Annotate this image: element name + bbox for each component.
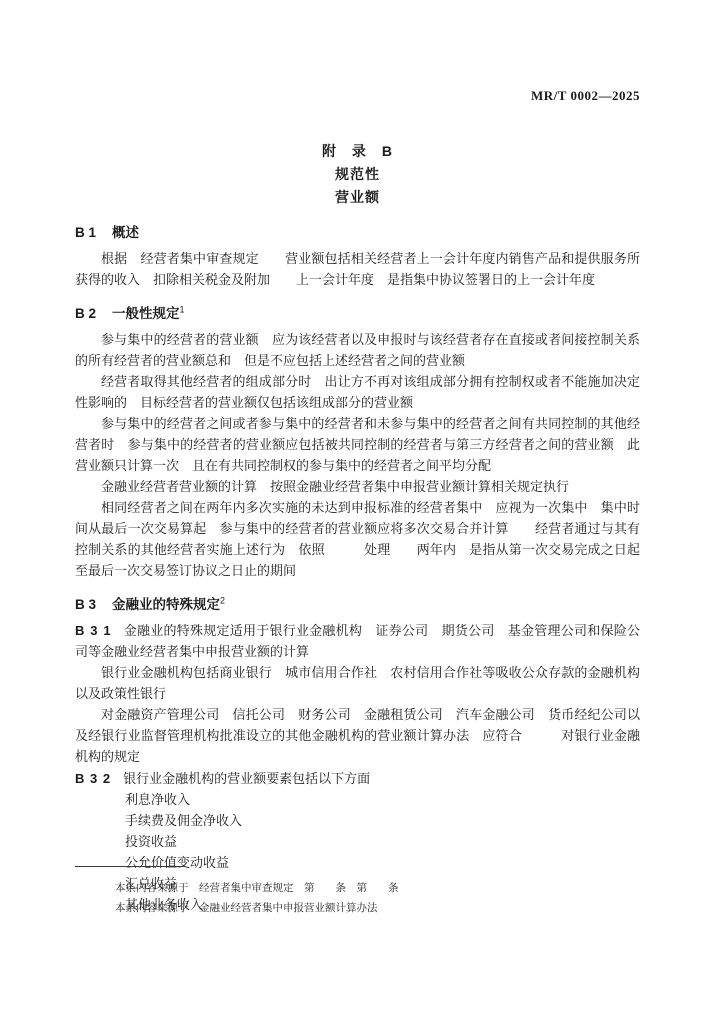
section-b3-number: B 3 (75, 597, 96, 612)
paragraph-b31-2: 银行业金融机构包括商业银行 城市信用合作社 农村信用合作社等吸收公众存款的金融机… (75, 662, 640, 704)
appendix-label: 附 录 B (75, 140, 640, 163)
paragraph-b2-1: 参与集中的经营者的营业额 应为该经营者以及申报时与该经营者存在直接或者间接控制关… (75, 329, 640, 371)
paragraph-b2-4: 金融业经营者营业额的计算 按照金融业经营者集中申报营业额计算相关规定执行 (75, 476, 640, 497)
appendix-type-label: 规范性 (75, 163, 640, 186)
clause-b32-number: B 3 2 (75, 771, 111, 786)
list-item: 利息净收入 (125, 789, 640, 810)
footnote-2: 本条内容来源于 金融业经营者集中申报营业额计算办法 (75, 899, 640, 919)
appendix-title-block: 附 录 B 规范性 营业额 (75, 140, 640, 209)
paragraph-b2-5: 相同经营者之间在两年内多次实施的未达到申报标准的经营者集中 应视为一次集中 集中… (75, 497, 640, 581)
clause-b31: B 3 1金融业的特殊规定适用于银行业金融机构 证券公司 期货公司 基金管理公司… (75, 620, 640, 662)
section-b1-title: 概述 (112, 225, 139, 240)
paragraph-b1-1: 根据 经营者集中审查规定 营业额包括相关经营者上一会计年度内销售产品和提供服务所… (75, 248, 640, 290)
section-b3-heading: B 3金融业的特殊规定2 (75, 594, 640, 615)
footnote-divider (75, 866, 185, 867)
section-b2-number: B 2 (75, 306, 96, 321)
clause-b32-text: 银行业金融机构的营业额要素包括以下方面 (123, 771, 370, 786)
section-b3-title: 金融业的特殊规定 (112, 597, 220, 612)
clause-b31-text: 金融业的特殊规定适用于银行业金融机构 证券公司 期货公司 基金管理公司和保险公司… (75, 623, 640, 659)
clause-b31-number: B 3 1 (75, 623, 112, 638)
appendix-name: 营业额 (75, 186, 640, 209)
footnote-area: 本条内容来源于 经营者集中审查规定 第 条 第 条 本条内容来源于 金融业经营者… (75, 866, 640, 919)
footnote-ref-1: 1 (180, 305, 185, 315)
section-b2-title: 一般性规定 (112, 306, 180, 321)
footnote-ref-2: 2 (220, 596, 225, 606)
footnote-1: 本条内容来源于 经营者集中审查规定 第 条 第 条 (75, 879, 640, 899)
list-item: 手续费及佣金净收入 (125, 810, 640, 831)
section-b1-number: B 1 (75, 225, 96, 240)
section-b2-heading: B 2一般性规定1 (75, 303, 640, 324)
doc-number: MR/T 0002—2025 (75, 88, 640, 104)
clause-b32: B 3 2银行业金融机构的营业额要素包括以下方面 (75, 768, 640, 789)
list-item: 投资收益 (125, 831, 640, 852)
paragraph-b2-3: 参与集中的经营者之间或者参与集中的经营者和未参与集中的经营者之间有共同控制的其他… (75, 413, 640, 476)
section-b1-heading: B 1概述 (75, 222, 640, 243)
paragraph-b2-2: 经营者取得其他经营者的组成部分时 出让方不再对该组成部分拥有控制权或者不能施加决… (75, 371, 640, 413)
paragraph-b31-3: 对金融资产管理公司 信托公司 财务公司 金融租赁公司 汽车金融公司 货币经纪公司… (75, 704, 640, 767)
document-page: MR/T 0002—2025 附 录 B 规范性 营业额 B 1概述 根据 经营… (0, 0, 714, 1010)
